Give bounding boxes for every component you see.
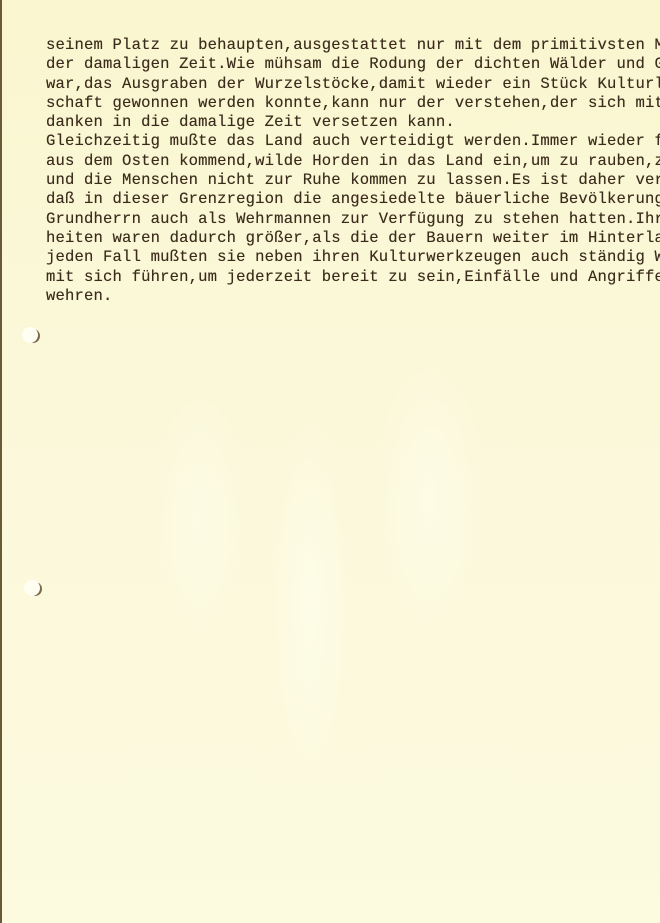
text-line: der damaligen Zeit.Wie mühsam die Rodung…: [46, 55, 660, 74]
punch-hole-bottom: [24, 580, 40, 596]
punch-hole-top: [22, 327, 38, 343]
page-left-edge: [0, 0, 2, 923]
text-line: jeden Fall mußten sie neben ihren Kultur…: [46, 248, 660, 267]
text-line: seinem Platz zu behaupten,ausgestattet n…: [46, 36, 660, 55]
text-line: schaft gewonnen werden konnte,kann nur d…: [46, 94, 660, 113]
text-line: wehren.: [46, 287, 660, 306]
typewritten-text: seinem Platz zu behaupten,ausgestattet n…: [46, 36, 660, 306]
text-line: daß in dieser Grenzregion die angesiedel…: [46, 190, 660, 209]
text-line: danken in die damalige Zeit versetzen ka…: [46, 113, 660, 132]
text-line: mit sich führen,um jederzeit bereit zu s…: [46, 268, 660, 287]
paper-page: seinem Platz zu behaupten,ausgestattet n…: [0, 0, 660, 923]
text-line: Grundherrn auch als Wehrmannen zur Verfü…: [46, 210, 660, 229]
text-line: heiten waren dadurch größer,als die der …: [46, 229, 660, 248]
text-line: aus dem Osten kommend,wilde Horden in da…: [46, 152, 660, 171]
text-line: war,das Ausgraben der Wurzelstöcke,damit…: [46, 75, 660, 94]
text-line: Gleichzeitig mußte das Land auch verteid…: [46, 132, 660, 151]
text-line: und die Menschen nicht zur Ruhe kommen z…: [46, 171, 660, 190]
